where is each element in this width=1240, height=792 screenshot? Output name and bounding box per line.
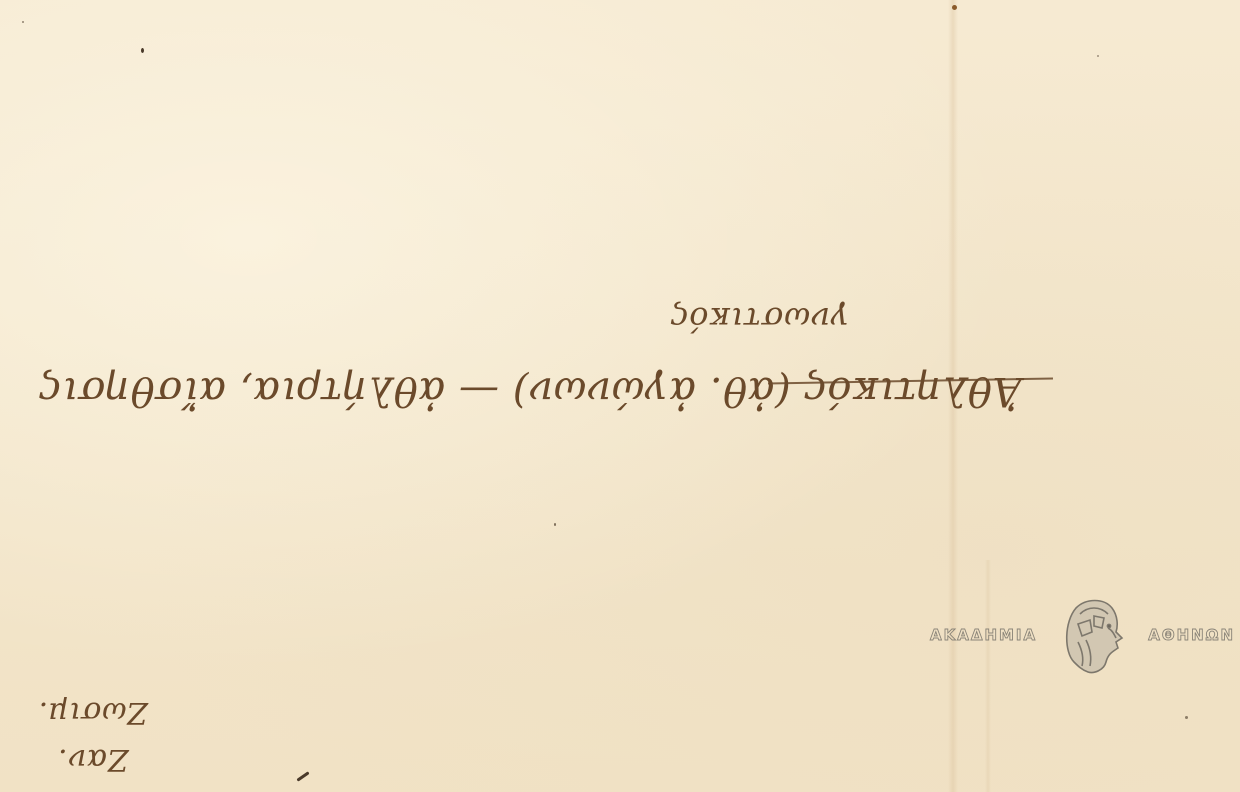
ink-speck (296, 771, 309, 781)
ink-speck (1097, 55, 1099, 57)
handwritten-corner-line-2: Ζαν. (28, 742, 158, 777)
ink-speck (952, 5, 957, 10)
watermark-right-text: ΑΘΗΝΩΝ (1148, 626, 1235, 644)
ink-speck (141, 48, 144, 53)
handwritten-corner-line-1: Ζωσιμ. (28, 695, 158, 730)
manuscript-page: Ἀθλητικός (ἀθ. ἀγώνων) — ἀθλήτρια, αἴσθη… (0, 0, 1240, 792)
academy-watermark: ΑΚΑΔΗΜΙΑ ΑΘΗΝΩΝ (930, 590, 1235, 680)
handwritten-second-line: γνωστικός (640, 300, 880, 338)
ink-speck (1185, 716, 1188, 719)
handwritten-main-line: Ἀθλητικός (ἀθ. ἀγώνων) — ἀθλήτρια, αἴσθη… (20, 368, 1040, 414)
ink-speck (554, 523, 556, 526)
ink-speck (22, 21, 24, 23)
athena-head-icon (1060, 592, 1126, 678)
watermark-left-text: ΑΚΑΔΗΜΙΑ (930, 626, 1037, 644)
